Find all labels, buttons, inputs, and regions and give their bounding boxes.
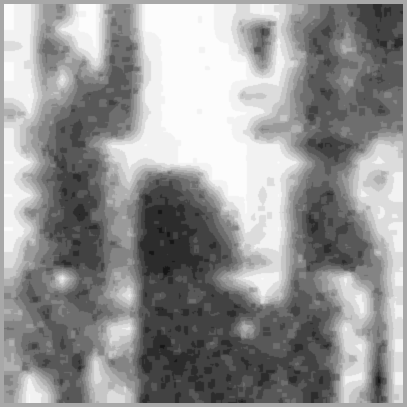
texture-image-canvas <box>4 4 403 403</box>
image-frame <box>0 0 407 407</box>
